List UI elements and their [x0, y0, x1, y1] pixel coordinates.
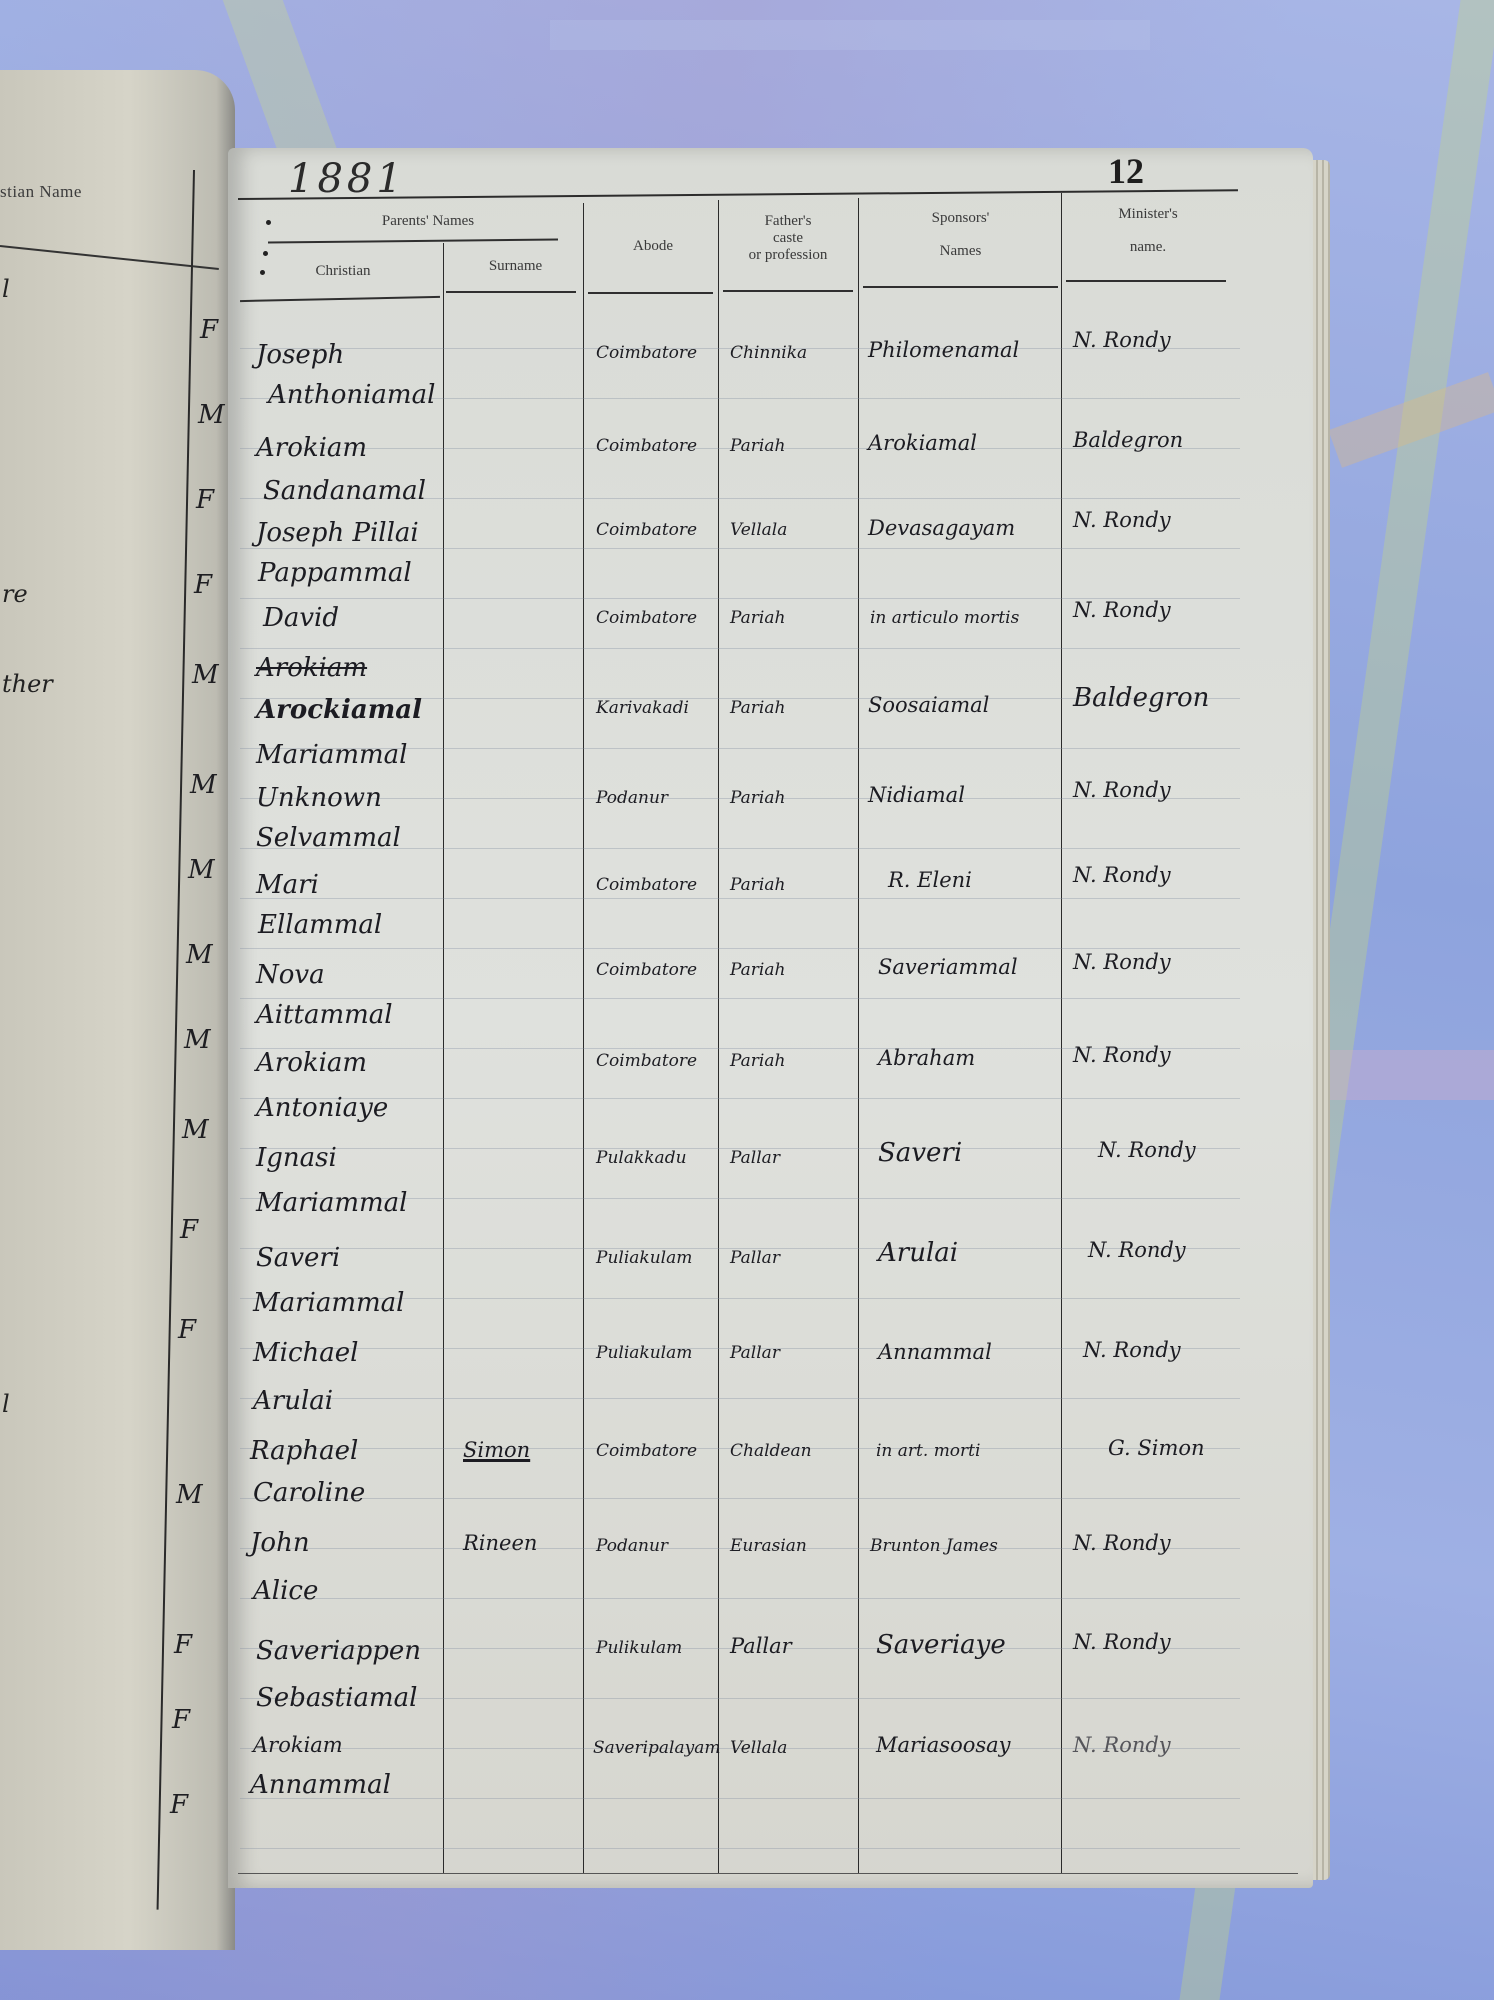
header-subrule: [268, 238, 558, 243]
ruled-line: [240, 1098, 1240, 1099]
entry-minister: N. Rondy: [1098, 1138, 1196, 1162]
ruled-line: [240, 1598, 1240, 1599]
entry-sponsor: Arulai: [878, 1238, 958, 1268]
entry-caste: Pallar: [730, 1634, 792, 1658]
entry-father: Joseph: [256, 340, 344, 370]
entry-mother: Sebastiamal: [256, 1683, 417, 1713]
entry-father: Saveriappen: [256, 1636, 421, 1666]
entry-minister: N. Rondy: [1083, 1338, 1181, 1362]
sex-mark: M: [190, 770, 217, 800]
entry-minister: N. Rondy: [1073, 1733, 1171, 1757]
entry-surname: Simon: [463, 1438, 530, 1462]
entry-mother: Selvammal: [256, 823, 401, 853]
left-page-text: ther: [2, 670, 53, 698]
entry-caste: Pariah: [730, 875, 785, 895]
entry-mother: Arulai: [253, 1386, 333, 1416]
entry-father: Raphael: [250, 1436, 358, 1466]
page-bottom-rule: [238, 1873, 1298, 1874]
entry-caste: Pallar: [730, 1248, 780, 1268]
entry-minister: N. Rondy: [1073, 598, 1171, 622]
entry-father: Michael: [253, 1338, 358, 1368]
left-page-header: stian Name: [0, 182, 82, 202]
column-line-surname: [443, 243, 444, 1873]
entry-caste: Vellala: [730, 1738, 787, 1758]
entry-father: Joseph Pillai: [256, 518, 419, 548]
entry-father: Nova: [256, 960, 325, 990]
entry-sponsor: R. Eleni: [888, 868, 972, 892]
entry-caste: Vellala: [730, 520, 787, 540]
left-page-rule: [0, 245, 219, 270]
entry-abode: Podanur: [596, 1536, 668, 1556]
entry-caste: Eurasian: [730, 1536, 807, 1556]
year-annotation: 1881: [288, 156, 406, 202]
ruled-line: [240, 1398, 1240, 1399]
entry-father: Arokiam: [256, 1048, 367, 1078]
entry-sponsor: in art. morti: [876, 1441, 980, 1461]
entry-sponsor: Abraham: [878, 1046, 975, 1070]
column-line-caste: [718, 200, 719, 1873]
header-sponsors-line1: Sponsors': [863, 210, 1058, 227]
bullet-dot: [260, 270, 265, 275]
entry-abode: Karivakadi: [596, 698, 689, 718]
entry-minister: N. Rondy: [1073, 950, 1171, 974]
entry-minister: Baldegron: [1073, 428, 1183, 452]
header-sponsors: Sponsors' Names: [863, 210, 1058, 260]
entry-caste: Pariah: [730, 436, 785, 456]
sex-mark: M: [198, 400, 225, 430]
entry-sponsor: Nidiamal: [868, 783, 965, 807]
entry-mother: Alice: [253, 1576, 318, 1606]
column-line-sponsors: [858, 198, 859, 1873]
entry-sponsor: Brunton James: [870, 1536, 998, 1556]
entry-caste: Pallar: [730, 1343, 780, 1363]
entry-minister: N. Rondy: [1073, 1043, 1171, 1067]
entry-sponsor: Soosaiamal: [868, 693, 989, 717]
sex-mark: M: [182, 1115, 209, 1145]
entry-father: David: [263, 603, 339, 633]
entry-sponsor: Annammal: [878, 1340, 992, 1364]
entry-sponsor: Saveriaye: [876, 1630, 1006, 1660]
entry-sponsor: Devasagayam: [868, 516, 1015, 540]
tablecloth-stripe: [1310, 1050, 1494, 1100]
entry-abode: Puliakulam: [596, 1248, 692, 1268]
sex-mark: M: [176, 1480, 203, 1510]
entry-mother: Sandanamal: [263, 476, 426, 506]
entry-sponsor: Mariasoosay: [876, 1733, 1011, 1757]
entry-father: Mari: [256, 870, 319, 900]
column-line-abode: [583, 203, 584, 1873]
sex-mark: F: [172, 1705, 190, 1735]
entry-mother-struck: Arokiam: [256, 653, 367, 683]
entry-abode: Coimbatore: [596, 608, 697, 628]
entry-sponsor: Philomenamal: [868, 338, 1019, 362]
column-line-minister: [1061, 193, 1062, 1873]
entry-minister: G. Simon: [1108, 1436, 1205, 1460]
header-bottom-rule: [240, 296, 440, 302]
tablecloth-stripe: [550, 20, 1150, 50]
entry-mother: Caroline: [253, 1478, 365, 1508]
sex-mark: F: [178, 1315, 196, 1345]
header-fathers-caste-line3: or profession: [723, 247, 853, 264]
register-page: 1881 12 Parents' Names Christian Surname…: [228, 148, 1313, 1888]
entry-minister: N. Rondy: [1073, 778, 1171, 802]
entry-caste: Pariah: [730, 788, 785, 808]
sex-mark: F: [174, 1630, 192, 1660]
ruled-line: [240, 948, 1240, 949]
tablecloth-stripe: [223, 0, 338, 150]
entry-surname: Rineen: [463, 1531, 537, 1555]
entry-abode: Pulikulam: [596, 1638, 682, 1658]
header-minister: Minister's name.: [1063, 206, 1233, 256]
entry-mother: Anthoniamal: [268, 380, 435, 410]
sex-mark: M: [192, 660, 219, 690]
sex-mark: F: [200, 315, 218, 345]
left-page-text: l: [2, 1390, 10, 1418]
ruled-line: [240, 998, 1240, 999]
ruled-line: [240, 1498, 1240, 1499]
ruled-line: [240, 1848, 1240, 1849]
ruled-line: [240, 898, 1240, 899]
bullet-dot: [266, 220, 271, 225]
sex-mark: M: [184, 1025, 211, 1055]
entry-abode: Pulakkadu: [596, 1148, 687, 1168]
header-fathers-caste-line2: caste: [723, 230, 853, 247]
left-page-text: re: [2, 580, 28, 608]
entry-minister: N. Rondy: [1088, 1238, 1186, 1262]
entry-father: John: [250, 1528, 310, 1558]
entry-abode: Coimbatore: [596, 343, 697, 363]
entry-mother: Pappammal: [258, 558, 412, 588]
entry-father: Arockiamal: [256, 695, 422, 725]
entry-mother: Antoniaye: [256, 1093, 388, 1123]
sex-mark: F: [180, 1215, 198, 1245]
entry-mother: Mariammal: [256, 1188, 408, 1218]
sex-mark: F: [170, 1790, 188, 1820]
entry-abode: Coimbatore: [596, 520, 697, 540]
header-parents-names: Parents' Names: [298, 213, 558, 230]
entry-minister: Baldegron: [1073, 683, 1209, 713]
header-abode: Abode: [588, 238, 718, 255]
entry-abode: Coimbatore: [596, 1441, 697, 1461]
entry-mother: Mariammal: [256, 740, 408, 770]
entry-caste: Chinnika: [730, 343, 807, 363]
entry-caste: Pariah: [730, 608, 785, 628]
entry-sponsor: Saveri: [878, 1138, 962, 1168]
entry-father: Saveri: [256, 1243, 340, 1273]
entry-caste: Chaldean: [730, 1441, 812, 1461]
sex-mark: M: [188, 855, 215, 885]
header-fathers-caste: Father's caste or profession: [723, 213, 853, 264]
header-minister-line2: name.: [1063, 239, 1233, 256]
entry-sponsor: Arokiamal: [868, 431, 977, 455]
entry-father: Unknown: [256, 783, 382, 813]
entry-mother: Annammal: [250, 1770, 391, 1800]
left-page: stian Name l re ther l F M F F M M M M M…: [0, 70, 235, 1950]
entry-abode: Coimbatore: [596, 875, 697, 895]
entry-mother: Aittammal: [256, 1000, 393, 1030]
entry-father: Arokiam: [256, 433, 367, 463]
header-christian: Christian: [248, 263, 438, 280]
sex-mark: F: [196, 485, 214, 515]
entry-sponsor: Saveriammal: [878, 955, 1018, 979]
ruled-line: [240, 648, 1240, 649]
entry-caste: Pariah: [730, 1051, 785, 1071]
header-surname: Surname: [448, 258, 583, 275]
header-sponsors-line2: Names: [863, 243, 1058, 260]
entry-father: Ignasi: [256, 1143, 337, 1173]
sex-mark: M: [186, 940, 213, 970]
entry-abode: Puliakulam: [596, 1343, 692, 1363]
entry-minister: N. Rondy: [1073, 1630, 1171, 1654]
entry-minister: N. Rondy: [1073, 328, 1171, 352]
header-bottom-rule: [863, 286, 1058, 288]
entry-sponsor: in articulo mortis: [870, 608, 1019, 628]
entry-caste: Pariah: [730, 960, 785, 980]
left-page-text: l: [2, 275, 10, 303]
entry-mother: Mariammal: [253, 1288, 405, 1318]
entry-caste: Pariah: [730, 698, 785, 718]
entry-minister: N. Rondy: [1073, 863, 1171, 887]
header-bottom-rule: [588, 292, 713, 294]
header-bottom-rule: [723, 290, 853, 292]
entry-caste: Pallar: [730, 1148, 780, 1168]
header-fathers-caste-line1: Father's: [723, 213, 853, 230]
entry-minister: N. Rondy: [1073, 508, 1171, 532]
entry-mother: Ellammal: [258, 910, 382, 940]
entry-abode: Saveripalayam: [593, 1738, 720, 1758]
header-minister-line1: Minister's: [1063, 206, 1233, 223]
bullet-dot: [263, 251, 268, 256]
header-bottom-rule: [1066, 280, 1226, 282]
header-bottom-rule: [446, 291, 576, 293]
sex-mark: F: [194, 570, 212, 600]
page-number: 12: [1108, 150, 1144, 192]
entry-abode: Podanur: [596, 788, 668, 808]
entry-abode: Coimbatore: [596, 1051, 697, 1071]
entry-minister: N. Rondy: [1073, 1531, 1171, 1555]
ruled-line: [240, 548, 1240, 549]
entry-abode: Coimbatore: [596, 436, 697, 456]
entry-abode: Coimbatore: [596, 960, 697, 980]
entry-father: Arokiam: [253, 1733, 343, 1757]
